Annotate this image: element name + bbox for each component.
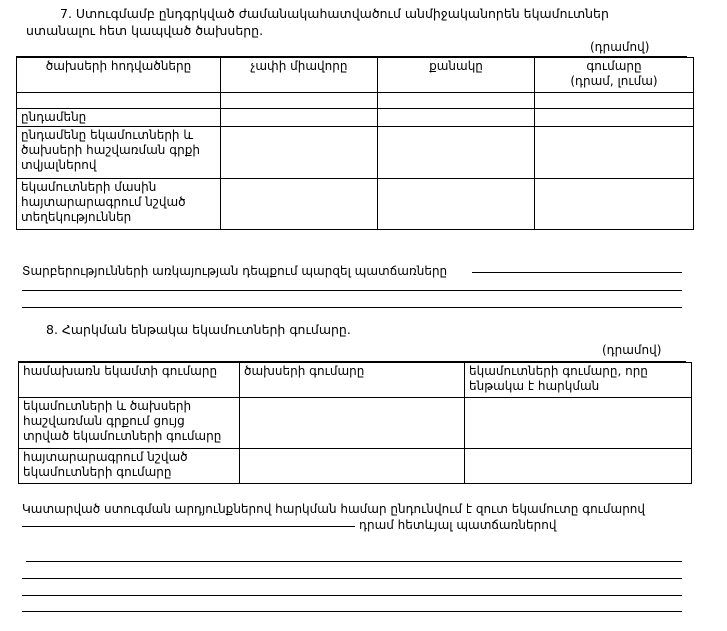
answer-line[interactable] (22, 611, 682, 612)
answer-line[interactable] (22, 595, 682, 596)
table-row (17, 93, 694, 109)
section-7-unit-label: (դրամով) (590, 40, 649, 55)
cell[interactable] (378, 127, 535, 179)
cell[interactable] (535, 93, 694, 109)
answer-line[interactable] (472, 272, 682, 273)
section-8-unit-label: (դրամով) (602, 343, 661, 358)
section-7-title-line-1: 7. Ստուգմամբ ընդգրկված ժամանակահատվածում… (60, 6, 609, 21)
row-label-total-per-ledger: ընդամենը եկամուտների և ծախսերի հաշվառման… (17, 127, 221, 179)
answer-line[interactable] (22, 290, 682, 291)
cell[interactable] (465, 398, 692, 449)
cell[interactable] (221, 109, 378, 127)
table-row: եկամուտների մասին հայտարարագրում նշված տ… (17, 179, 694, 230)
cell[interactable] (378, 179, 535, 230)
row-label-declared-income: հայտարարագրում նշված եկամուտների գումարը (19, 449, 240, 484)
cell[interactable] (535, 109, 694, 127)
header-expense-items: ծախսերի հոդվածները (17, 58, 221, 93)
cell[interactable] (535, 127, 694, 179)
net-income-amount-blank[interactable] (22, 526, 355, 527)
row-label-declaration-info: եկամուտների մասին հայտարարագրում նշված տ… (17, 179, 221, 230)
answer-line[interactable] (22, 578, 682, 579)
cell[interactable] (240, 449, 465, 484)
header-unit-of-measure: չափի միավորը (221, 58, 378, 93)
conclusion-line-1: Կատարված ստուգման արդյունքներով հարկման … (22, 502, 645, 517)
section-7-title-line-2: ստանալու հետ կապված ծախսերը. (26, 23, 263, 38)
cell[interactable] (378, 109, 535, 127)
cell[interactable] (221, 179, 378, 230)
table-row: հայտարարագրում նշված եկամուտների գումարը (19, 449, 692, 484)
cell[interactable] (378, 93, 535, 109)
expenses-table: ծախսերի հոդվածները չափի միավորը քանակը գ… (16, 57, 694, 230)
row-label-ledger-income: եկամուտների և ծախսերի հաշվառման գրքում ց… (19, 398, 240, 449)
cell[interactable] (17, 93, 221, 109)
expenses-table-header: ծախսերի հոդվածները չափի միավորը քանակը գ… (17, 58, 694, 93)
header-quantity: քանակը (378, 58, 535, 93)
cell[interactable] (240, 398, 465, 449)
header-amount: գումարը (դրամ, լումա) (535, 58, 694, 93)
taxable-income-table: համախառն եկամտի գումարը ծախսերի գումարը … (18, 362, 692, 484)
cell[interactable] (221, 127, 378, 179)
header-gross-income: համախառն եկամտի գումարը (19, 363, 240, 398)
table-row: եկամուտների և ծախսերի հաշվառման գրքում ց… (19, 398, 692, 449)
header-expenses-amount: ծախսերի գումարը (240, 363, 465, 398)
taxable-income-table-header: համախառն եկամտի գումարը ծախսերի գումարը … (19, 363, 692, 398)
cell[interactable] (221, 93, 378, 109)
header-taxable-income: եկամուտների գումարը, որը ենթակա է հարկմա… (465, 363, 692, 398)
cell[interactable] (465, 449, 692, 484)
section-8-title: 8. Հարկման ենթակա եկամուտների գումարը. (46, 322, 351, 337)
answer-line[interactable] (26, 561, 682, 562)
differences-prompt: Տարբերությունների առկայության դեպքում պա… (22, 264, 447, 279)
conclusion-line-2-suffix: դրամ հետևյալ պատճառներով (359, 518, 556, 533)
table-row: ընդամենը եկամուտների և ծախսերի հաշվառման… (17, 127, 694, 179)
answer-line[interactable] (22, 307, 682, 308)
row-label-total: ընդամենը (17, 109, 221, 127)
cell[interactable] (535, 179, 694, 230)
table-row: ընդամենը (17, 109, 694, 127)
